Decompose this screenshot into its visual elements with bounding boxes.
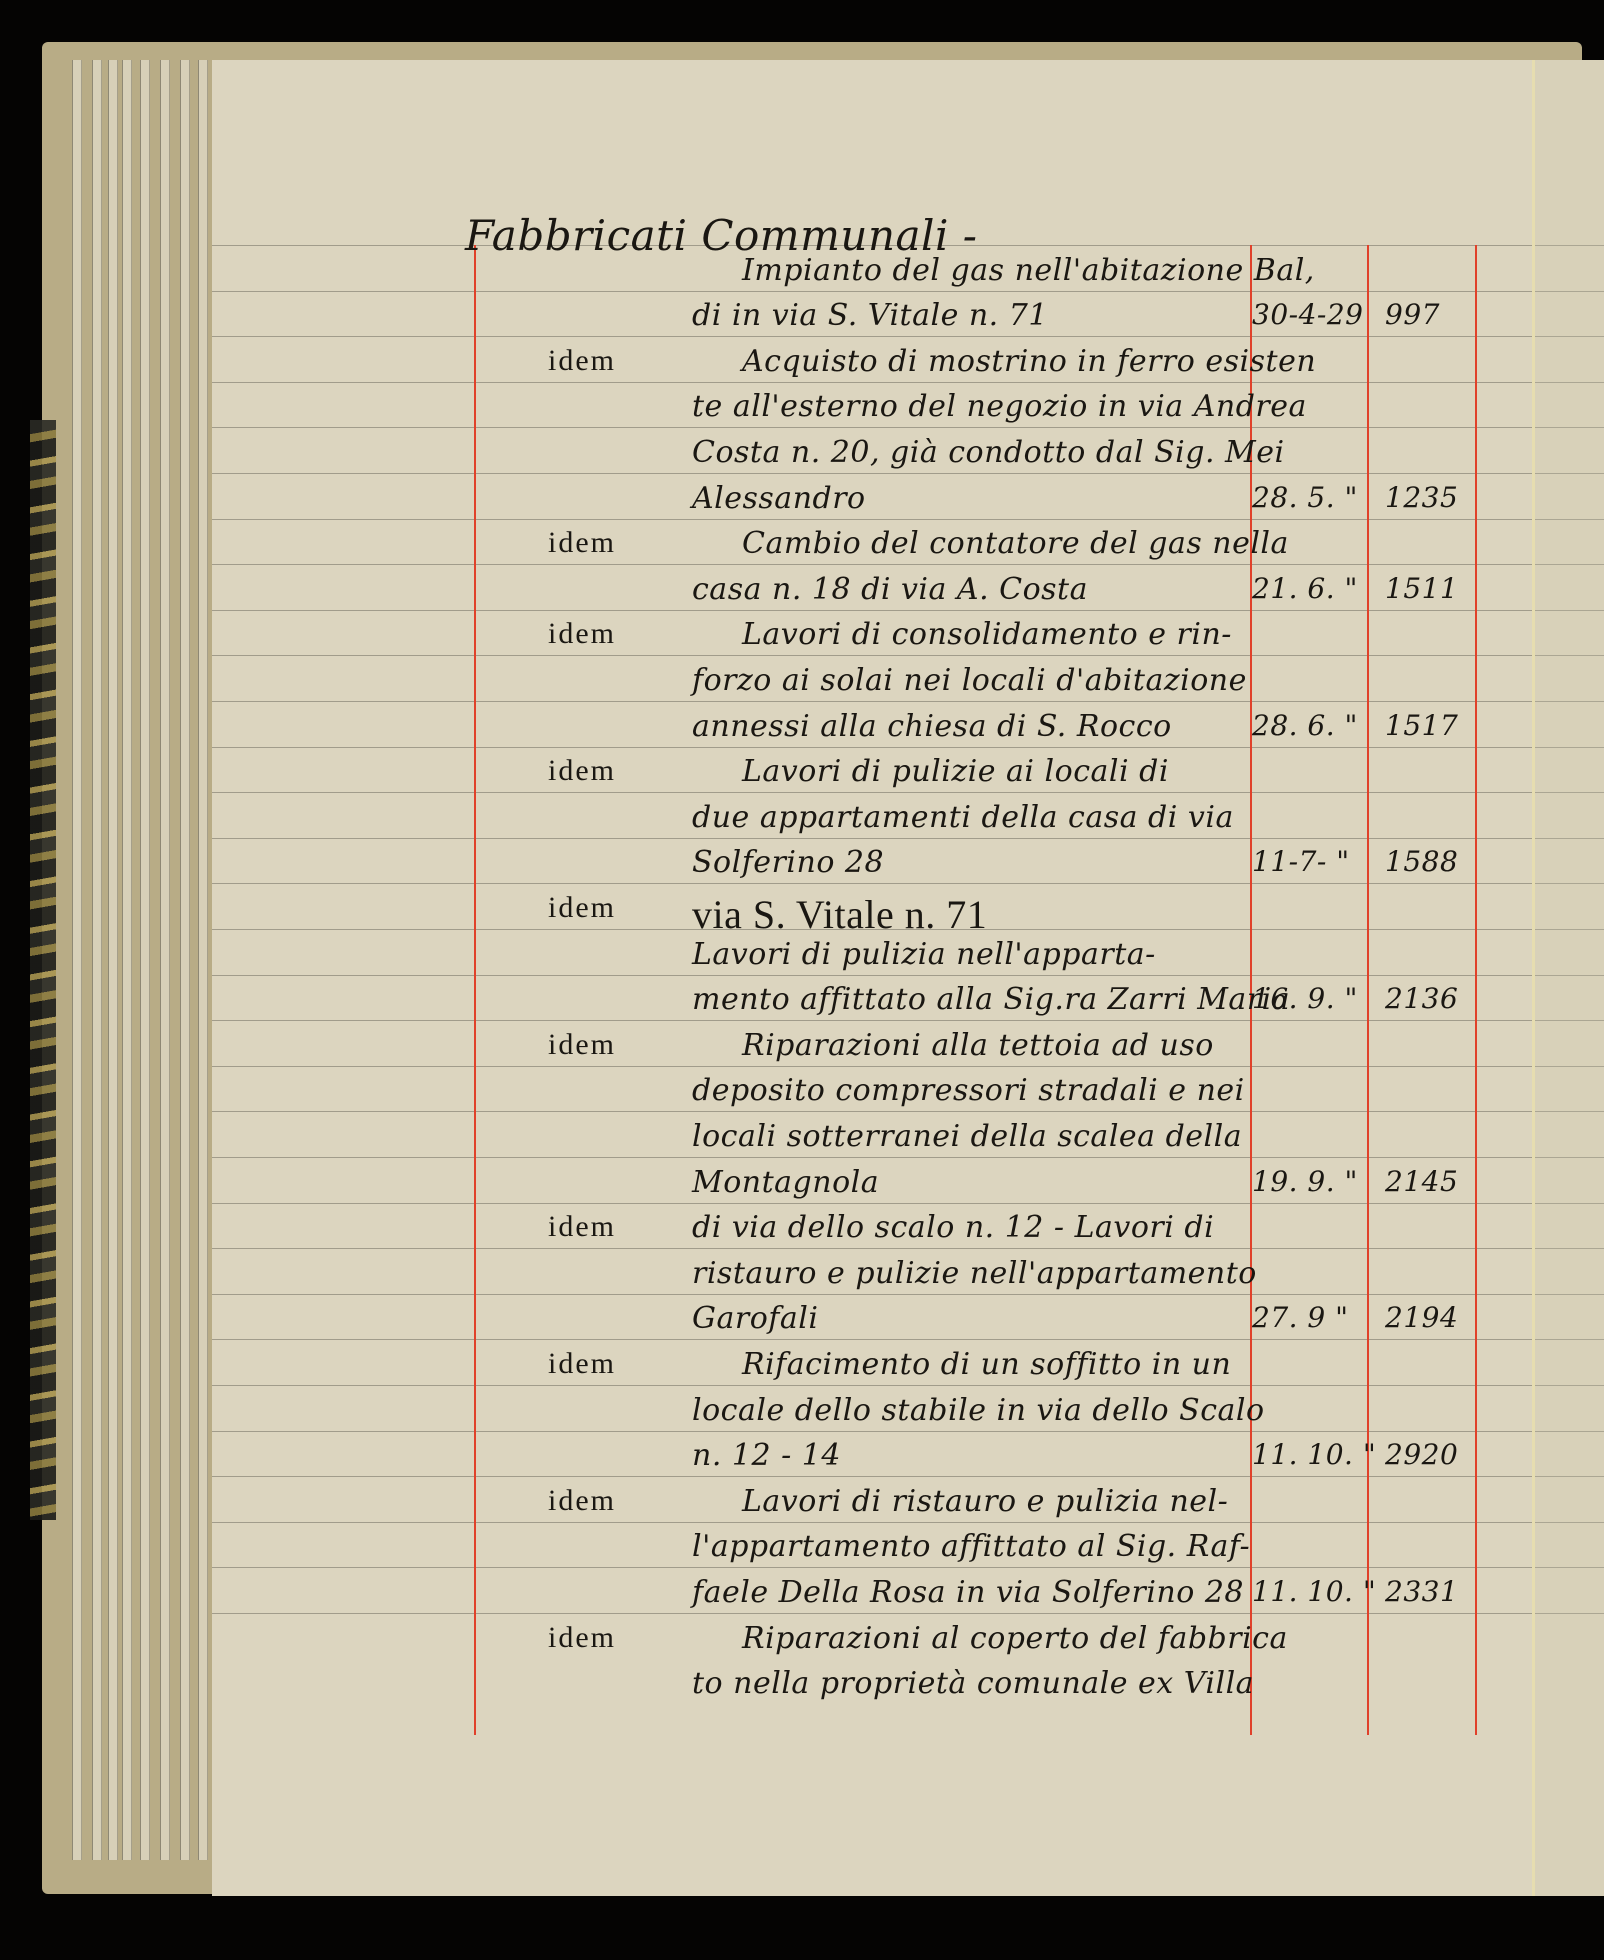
entry-description-line: n. 12 - 14: [692, 1438, 841, 1473]
ruled-line: [212, 564, 1532, 565]
ruled-line: [212, 1567, 1532, 1568]
entry-description-line: te all'esterno del negozio in via Andrea: [692, 389, 1307, 424]
ruled-line: [1535, 1294, 1604, 1295]
page-edge: [198, 60, 208, 1860]
entry-description-line: Lavori di ristauro e pulizia nel-: [742, 1484, 1228, 1519]
ruled-line: [212, 1157, 1532, 1158]
entry-amount: 1517: [1385, 709, 1458, 742]
ruled-line: [212, 473, 1532, 474]
entry-amount: 2136: [1385, 982, 1458, 1015]
ruled-line: [1535, 245, 1604, 246]
ruled-line: [1535, 1339, 1604, 1340]
ruled-line: [1535, 610, 1604, 611]
ruled-line: [1535, 929, 1604, 930]
entry-label: idem: [548, 1028, 616, 1062]
ruled-line: [1535, 1066, 1604, 1067]
ruled-line: [212, 382, 1532, 383]
ruled-line: [1535, 1157, 1604, 1158]
entry-amount: 997: [1385, 298, 1440, 331]
ruled-line: [1535, 1522, 1604, 1523]
red-column-rule: [474, 245, 476, 1735]
ruled-line: [1535, 1111, 1604, 1112]
ruled-line: [212, 1248, 1532, 1249]
entry-date: 21. 6. ": [1252, 572, 1358, 605]
entry-label: idem: [548, 754, 616, 788]
ruled-line: [212, 1613, 1532, 1614]
ruled-line: [212, 1294, 1532, 1295]
entry-date: 19. 9. ": [1252, 1165, 1358, 1198]
ruled-line: [1535, 701, 1604, 702]
ruled-line: [212, 792, 1532, 793]
entry-description-line: Impianto del gas nell'abitazione Bal,: [742, 253, 1315, 288]
ruled-line: [212, 1476, 1532, 1477]
entry-description-line: di via dello scalo n. 12 - Lavori di: [692, 1210, 1214, 1245]
ruled-line: [212, 1111, 1532, 1112]
entry-description-line: forzo ai solai nei locali d'abitazione: [692, 663, 1247, 698]
entry-date: 11. 10. ": [1252, 1575, 1376, 1608]
ruled-line: [212, 1431, 1532, 1432]
red-column-rule: [1475, 245, 1477, 1735]
entry-description-line: mento affittato alla Sig.ra Zarri Maria: [692, 982, 1290, 1017]
entry-amount: 2331: [1385, 1575, 1458, 1608]
entry-label: idem: [548, 617, 616, 651]
entry-date: 27. 9 ": [1252, 1301, 1349, 1334]
ruled-line: [1535, 655, 1604, 656]
ruled-line: [1535, 564, 1604, 565]
ruled-line: [212, 747, 1532, 748]
entry-date: 11-7- ": [1252, 845, 1350, 878]
entry-description-line: Lavori di consolidamento e rin-: [742, 617, 1232, 652]
page-edge: [72, 60, 82, 1860]
entry-description-line: locali sotterranei della scalea della: [692, 1119, 1242, 1154]
ruled-line: [1535, 427, 1604, 428]
ruled-line: [212, 336, 1532, 337]
ruled-line: [212, 519, 1532, 520]
entry-description-line: Rifacimento di un soffitto in un: [742, 1347, 1231, 1382]
entry-description-line: faele Della Rosa in via Solferino 28: [692, 1575, 1244, 1610]
entry-description-line: Lavori di pulizie ai locali di: [742, 754, 1169, 789]
page-edge: [92, 60, 102, 1860]
marbled-binding: [30, 420, 56, 1520]
entry-description-line: Acquisto di mostrino in ferro esisten: [742, 344, 1316, 379]
ruled-line: [1535, 1476, 1604, 1477]
entry-amount: 1511: [1385, 572, 1458, 605]
ruled-line: [1535, 1567, 1604, 1568]
entry-description-line: deposito compressori stradali e nei: [692, 1073, 1245, 1108]
ruled-line: [212, 291, 1532, 292]
entry-amount: 1588: [1385, 845, 1458, 878]
entry-description-line: Riparazioni alla tettoia ad uso: [742, 1028, 1214, 1063]
entry-description-line: to nella proprietà comunale ex Villa: [692, 1666, 1254, 1701]
ruled-line: [1535, 336, 1604, 337]
ruled-line: [212, 838, 1532, 839]
entry-date: 16. 9. ": [1252, 982, 1358, 1015]
entry-amount: 1235: [1385, 481, 1458, 514]
entry-description-line: via S. Vitale n. 71: [692, 891, 987, 938]
ruled-line: [1535, 792, 1604, 793]
entry-description-line: Garofali: [692, 1301, 818, 1336]
ruled-line: [1535, 519, 1604, 520]
ruled-line: [1535, 975, 1604, 976]
entry-description-line: annessi alla chiesa di S. Rocco: [692, 709, 1172, 744]
entry-date: 30-4-29: [1252, 298, 1364, 331]
entry-description-line: Riparazioni al coperto del fabbrica: [742, 1621, 1288, 1656]
entry-description-line: Lavori di pulizia nell'apparta-: [692, 937, 1156, 972]
ruled-line: [1535, 883, 1604, 884]
entry-date: 28. 6. ": [1252, 709, 1358, 742]
ruled-line: [1535, 1248, 1604, 1249]
entry-amount: 2920: [1385, 1438, 1458, 1471]
ruled-line: [1535, 838, 1604, 839]
entry-label: idem: [548, 344, 616, 378]
page-edge: [160, 60, 170, 1860]
entry-description-line: l'appartamento affittato al Sig. Raf-: [692, 1529, 1250, 1564]
ruled-line: [212, 1066, 1532, 1067]
ruled-line: [1535, 1385, 1604, 1386]
ruled-line: [212, 1522, 1532, 1523]
entry-description-line: casa n. 18 di via A. Costa: [692, 572, 1088, 607]
entry-description-line: Costa n. 20, già condotto dal Sig. Mei: [692, 435, 1285, 470]
ruled-line: [212, 975, 1532, 976]
page-edge: [180, 60, 190, 1860]
ruled-line: [212, 1203, 1532, 1204]
page-edge: [140, 60, 150, 1860]
red-column-rule: [1367, 245, 1369, 1735]
ruled-line: [1535, 382, 1604, 383]
entry-description-line: due appartamenti della casa di via: [692, 800, 1234, 835]
entry-label: idem: [548, 891, 616, 925]
ruled-line: [1535, 1203, 1604, 1204]
ruled-line: [1535, 1431, 1604, 1432]
entry-label: idem: [548, 1347, 616, 1381]
ruled-line: [212, 610, 1532, 611]
entry-description-line: Cambio del contatore del gas nella: [742, 526, 1289, 561]
entry-label: idem: [548, 1484, 616, 1518]
entry-description-line: ristauro e pulizie nell'appartamento: [692, 1256, 1257, 1291]
ruled-line: [212, 883, 1532, 884]
facing-page: [1532, 60, 1604, 1896]
entry-amount: 2194: [1385, 1301, 1458, 1334]
ruled-line: [212, 1385, 1532, 1386]
entry-description-line: Alessandro: [692, 481, 866, 516]
entry-description-line: Montagnola: [692, 1165, 879, 1200]
ruled-line: [212, 655, 1532, 656]
ruled-line: [212, 427, 1532, 428]
entry-description-line: di in via S. Vitale n. 71: [692, 298, 1048, 333]
ruled-line: [1535, 1020, 1604, 1021]
entry-description-line: Solferino 28: [692, 845, 884, 880]
entry-label: idem: [548, 526, 616, 560]
ruled-line: [212, 1020, 1532, 1021]
ruled-line: [1535, 291, 1604, 292]
entry-date: 28. 5. ": [1252, 481, 1358, 514]
entry-date: 11. 10. ": [1252, 1438, 1376, 1471]
entry-description-line: locale dello stabile in via dello Scalo: [692, 1393, 1265, 1428]
page-edge: [122, 60, 132, 1860]
entry-label: idem: [548, 1210, 616, 1244]
ruled-line: [1535, 473, 1604, 474]
entry-label: idem: [548, 1621, 616, 1655]
page-edge: [108, 60, 118, 1860]
ruled-line: [212, 701, 1532, 702]
ruled-line: [1535, 747, 1604, 748]
ruled-line: [1535, 1613, 1604, 1614]
entry-amount: 2145: [1385, 1165, 1458, 1198]
ruled-line: [212, 1339, 1532, 1340]
